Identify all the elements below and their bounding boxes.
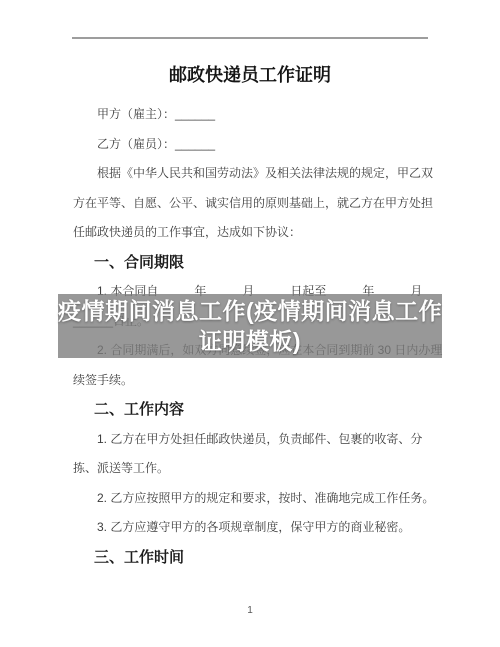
watermark-text-line-1: 疫情期间消息工作(疫情期间消息工作	[58, 296, 442, 326]
section-2-item-1-line-2: 拣、派送等工作。	[73, 454, 443, 484]
section-2-heading: 二、工作内容	[73, 395, 443, 425]
party-b-line: 乙方（雇员）：______	[73, 130, 443, 160]
document-title: 邮政快递员工作证明	[0, 61, 500, 87]
section-3-heading: 三、工作时间	[73, 543, 443, 573]
document-page: 邮政快递员工作证明 甲方（雇主）：______ 乙方（雇员）：______ 根据…	[0, 0, 500, 647]
section-2-item-3: 3. 乙方应遵守甲方的各项规章制度，保守甲方的商业秘密。	[73, 513, 443, 543]
intro-paragraph-line-2: 方在平等、自愿、公平、诚实信用的原则基础上，就乙方在甲方处担	[73, 189, 443, 219]
watermark-overlay: 疫情期间消息工作(疫情期间消息工作 证明模板)	[58, 294, 442, 358]
intro-paragraph-line-1: 根据《中华人民共和国劳动法》及相关法律法规的规定，甲乙双	[73, 159, 443, 189]
section-1-item-2-line-2: 续签手续。	[73, 366, 443, 396]
section-2-item-1-line-1: 1. 乙方在甲方处担任邮政快递员，负责邮件、包裹的收寄、分	[73, 425, 443, 455]
section-2-item-2: 2. 乙方应按照甲方的规定和要求，按时、准确地完成工作任务。	[73, 484, 443, 514]
intro-paragraph-line-3: 任邮政快递员的工作事宜，达成如下协议：	[73, 218, 443, 248]
page-number: 1	[0, 605, 500, 616]
party-a-line: 甲方（雇主）：______	[73, 100, 443, 130]
watermark-text-line-2: 证明模板)	[58, 326, 442, 356]
section-1-heading: 一、合同期限	[73, 248, 443, 278]
header-divider	[72, 37, 428, 39]
